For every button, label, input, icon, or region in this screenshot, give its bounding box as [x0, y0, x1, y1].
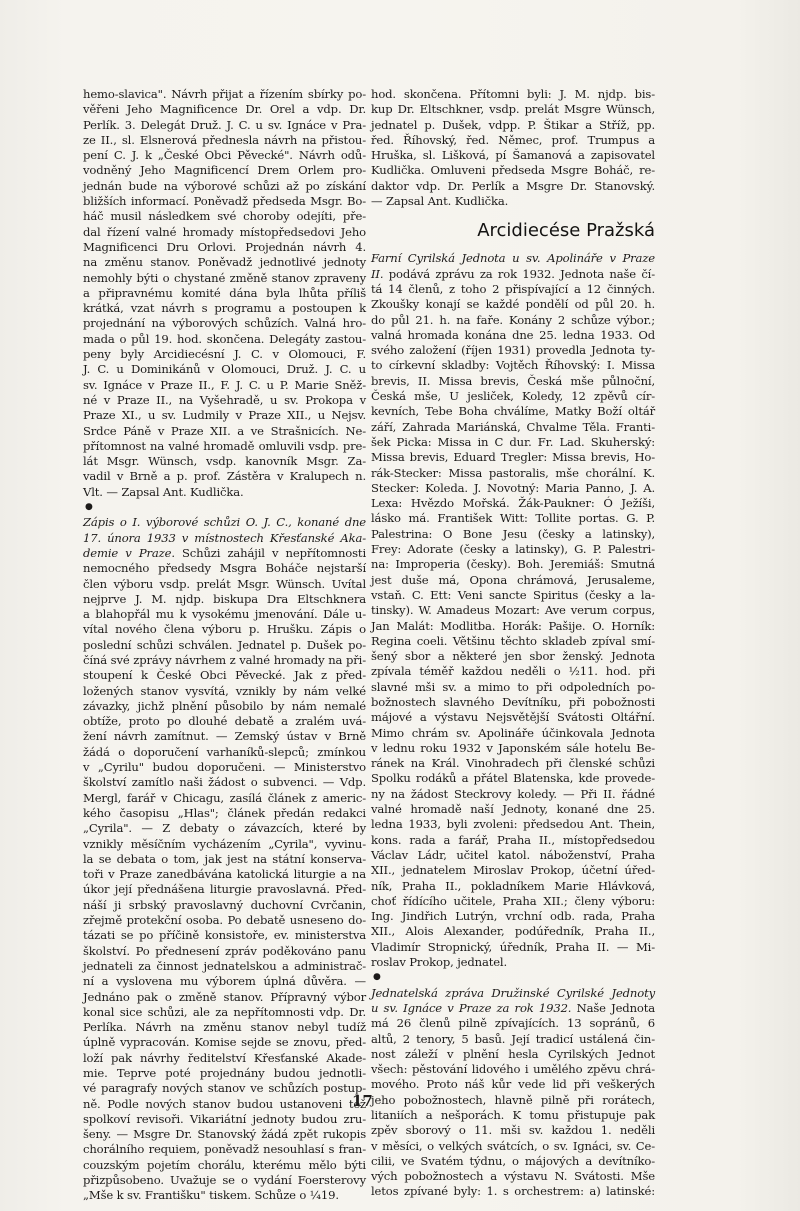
text-line: má 26 členů pilně zpívajících. 13 soprán… — [371, 1016, 655, 1031]
text-line: loží pak návrhy ředitelství Křesťanské A… — [83, 1051, 366, 1066]
text-line: na: Improperia (česky). Boh. Jeremiáš: S… — [371, 557, 655, 572]
text-line: ník, Praha II., pokladníkem Marie Hlávko… — [371, 879, 655, 894]
text-line: Jan Malát: Modlitba. Horák: Pašije. O. H… — [371, 619, 655, 634]
left-block-2: Zápis o I. výborové schůzi O. J. C., kon… — [83, 515, 366, 1203]
text-line: kons. rada a farář, Praha II., místopřed… — [371, 833, 655, 848]
text-line: vých pobožnostech a výstavu N. Svátosti.… — [371, 1169, 655, 1184]
text-line: přizpůsobeno. Uvažuje se o vydání Foerst… — [83, 1173, 366, 1188]
text-line: vodněný Jeho Magnificencí Drem Orlem pro… — [83, 163, 366, 178]
text-line: „Cyrila". — Z debaty o závazcích, které … — [83, 821, 366, 836]
text-line: svého založení (říjen 1931) provedla Jed… — [371, 343, 655, 358]
text-line: roslav Prokop, jednatel. — [371, 955, 655, 970]
text-line: krátká, vzat návrh s programu a postoupe… — [83, 301, 366, 316]
right-block-1: hod. skončena. Přítomni byli: J. M. njdp… — [371, 87, 655, 209]
text-line: poslední schůzi schválen. Jednatel p. Du… — [83, 638, 366, 653]
text-line: Farní Cyrilská Jednota u sv. Apolináře v… — [371, 251, 655, 266]
text-line: žádá o doporučení varhaníků-slepců; zmín… — [83, 745, 366, 760]
text-line: 17. února 1933 v místnostech Křesťanské … — [83, 531, 366, 546]
text-line: valné hromadě naší Jednoty, konané dne 2… — [371, 802, 655, 817]
text-line: číná své zprávy návrhem z valné hromady … — [83, 653, 366, 668]
text-line: sv. Ignáce v Praze II., F. J. C. u P. Ma… — [83, 378, 366, 393]
right-block-2: Farní Cyrilská Jednota u sv. Apolináře v… — [371, 251, 655, 970]
text-line: Ing. Jindřich Lutrýn, vrchní odb. rada, … — [371, 909, 655, 924]
text-line: mového. Proto náš kůr vede lid při veške… — [371, 1077, 655, 1092]
text-line: v měsíci, o velkých svátcích, o sv. Igná… — [371, 1139, 655, 1154]
text-line: Zápis o I. výborové schůzi O. J. C., kon… — [83, 515, 366, 530]
text-line: Hruška, sl. Lišková, pí Šamanová a zapis… — [371, 148, 655, 163]
text-line: Vlt. — Zapsal Ant. Kudlička. — [83, 485, 366, 500]
text-line: „Mše k sv. Františku" tiskem. Schůze o ¼… — [83, 1188, 366, 1203]
left-block-1: hemo-slavica". Návrh přijat a řízením sb… — [83, 87, 366, 500]
text-line: mie. Teprve poté projednány budou jednot… — [83, 1066, 366, 1081]
text-line: ledna 1933, byli zvoleni: předsedou Ant.… — [371, 817, 655, 832]
text-line: hod. skončena. Přítomni byli: J. M. njdp… — [371, 87, 655, 102]
text-line: stoupení k České Obci Pěvecké. Jak z pře… — [83, 668, 366, 683]
text-line: Jednatelská zpráva Družinské Cyrilské Je… — [371, 986, 655, 1001]
text-line: jednatel p. Dušek, vdpp. P. Štikar a Stř… — [371, 118, 655, 133]
text-line: — Zapsal Ant. Kudlička. — [371, 194, 655, 209]
text-line: altů, 2 tenory, 5 basů. Její tradicí ust… — [371, 1032, 655, 1047]
left-column: hemo-slavica". Návrh přijat a řízením sb… — [83, 87, 366, 1204]
text-line: kevních, Tebe Boha chválíme, Matky Boží … — [371, 404, 655, 419]
text-line: zřejmě protekční osoba. Po debatě usnese… — [83, 913, 366, 928]
text-line: J. C. u Dominikánů v Olomouci, Druž. J. … — [83, 362, 366, 377]
text-line: nejprve J. M. njdp. biskupa Dra Eltschkn… — [83, 592, 366, 607]
text-line: to církevní skladby: Vojtěch Říhovský: I… — [371, 358, 655, 373]
text-line: la se debata o tom, jak jest na státní k… — [83, 852, 366, 867]
text-line: ze II., sl. Elsnerová přednesla návrh na… — [83, 133, 366, 148]
text-line: litaniích a nešporách. K tomu přistupuje… — [371, 1108, 655, 1123]
text-line: Mimo chrám sv. Apolináře účinkovala Jedn… — [371, 726, 655, 741]
text-line: a blahopřál mu k vysokému jmenování. Dál… — [83, 607, 366, 622]
text-line: ny na žádost Steckrovy koledy. — Při II.… — [371, 787, 655, 802]
text-line: přítomnost na valné hromadě omluvili vsd… — [83, 439, 366, 454]
page-number: 17 — [352, 1092, 373, 1110]
text-line: né v Praze II., na Vyšehradě, u sv. Prok… — [83, 393, 366, 408]
text-line: zpívala téměř každou neděli o ½11. hod. … — [371, 664, 655, 679]
text-line: řed. Říhovský, řed. Němec, prof. Trumpus… — [371, 133, 655, 148]
text-line: Regina coeli. Většinu těchto skladeb zpí… — [371, 634, 655, 649]
text-line: září, Zahrada Mariánská, Chvalme Těla. F… — [371, 420, 655, 435]
text-line: kého časopisu „Hlas"; článek předán reda… — [83, 806, 366, 821]
text-line: školství. Po přednesení zpráv poděkováno… — [83, 944, 366, 959]
text-line: májové a výstavu Nejsvětější Svátosti Ol… — [371, 710, 655, 725]
text-line: a připravnému komité dána byla lhůta pří… — [83, 286, 366, 301]
text-line: jeho pobožnostech, hlavně pilně při rorá… — [371, 1093, 655, 1108]
text-line: Missa brevis, Eduard Tregler: Missa brev… — [371, 450, 655, 465]
text-line: Srdce Páně v Praze XII. a ve Strašnicích… — [83, 424, 366, 439]
text-line: u sv. Ignáce v Praze za rok 1932. Naše J… — [371, 1001, 655, 1016]
text-line: Palestrina: O Bone Jesu (česky a latinsk… — [371, 527, 655, 542]
text-line: cilii, ve Svatém týdnu, o májových a dev… — [371, 1154, 655, 1169]
text-line: vé paragrafy nových stanov ve schůzích p… — [83, 1081, 366, 1096]
text-line: člen výboru vsdp. prelát Msgr. Wünsch. U… — [83, 577, 366, 592]
text-line: vítal nového člena výboru p. Hrušku. Záp… — [83, 622, 366, 637]
text-line: Lexa: Hvězdo Mořská. Žák-Paukner: Ó Ježí… — [371, 496, 655, 511]
text-line: Perlíka. Návrh na změnu stanov nebyl tud… — [83, 1020, 366, 1035]
text-line: Václav Ládr, učitel katol. náboženství, … — [371, 848, 655, 863]
text-line: Perlík. 3. Delegát Druž. J. C. u sv. Ign… — [83, 118, 366, 133]
text-line: chorálního requiem, poněvadž nesouhlasí … — [83, 1142, 366, 1157]
text-line: lásko má. František Witt: Tollite portas… — [371, 511, 655, 526]
section-separator-bullet: ● — [83, 500, 366, 515]
text-line: dal řízení valné hromady místopředsedovi… — [83, 225, 366, 240]
text-line: Jednáno pak o změně stanov. Přípravný vý… — [83, 990, 366, 1005]
text-line: jednán bude na výborové schůzi až po zís… — [83, 179, 366, 194]
text-line: Frey: Adorate (česky a latinsky), G. P. … — [371, 542, 655, 557]
text-line: vznikly měsíčním vycházením „Cyrila", vy… — [83, 837, 366, 852]
text-line: do půl 21. h. na faře. Konány 2 schůze v… — [371, 313, 655, 328]
text-line: valná hromada konána dne 25. ledna 1933.… — [371, 328, 655, 343]
text-line: Vladimír Stropnický, úředník, Praha II. … — [371, 940, 655, 955]
text-line: šek Picka: Missa in C dur. Fr. Lad. Skuh… — [371, 435, 655, 450]
right-column: hod. skončena. Přítomni byli: J. M. njdp… — [371, 87, 655, 1200]
text-line: v „Cyrilu" budou doporučeni. — Ministers… — [83, 760, 366, 775]
text-line: Praze XI., u sv. Ludmily v Praze XII., u… — [83, 408, 366, 423]
text-line: Česká mše, U jesliček, Koledy, 12 zpěvů … — [371, 389, 655, 404]
text-line: XII., jednatelem Miroslav Prokop, účetní… — [371, 863, 655, 878]
text-line: v lednu roku 1932 v Japonském sále hotel… — [371, 741, 655, 756]
text-line: jednateli za činnost jednatelskou a admi… — [83, 959, 366, 974]
text-line: choť řídícího učitele, Praha XII.; členy… — [371, 894, 655, 909]
text-line: slavné mši sv. a mimo to při odpoledních… — [371, 680, 655, 695]
text-line: všech: pěstování lidového i umělého zpěv… — [371, 1062, 655, 1077]
text-line: XII., Alois Alexander, podúředník, Praha… — [371, 924, 655, 939]
text-line: hemo-slavica". Návrh přijat a řízením sb… — [83, 87, 366, 102]
text-line: couzským pojetím chorálu, kterému mělo b… — [83, 1158, 366, 1173]
text-line: lát Msgr. Wünsch, vsdp. kanovník Msgr. Z… — [83, 454, 366, 469]
text-line: nost záleží v plnění hesla Cyrilských Je… — [371, 1047, 655, 1062]
text-line: konal sice schůzi, ale za nepřítomnosti … — [83, 1005, 366, 1020]
section-separator-bullet: ● — [371, 970, 655, 985]
text-line: ní a vyslovena mu výborem úplná důvěra. … — [83, 974, 366, 989]
text-line: Spolku rodáků a přátel Blatenska, kde pr… — [371, 771, 655, 786]
text-line: obtíže, proto po dlouhé debatě a zralém … — [83, 714, 366, 729]
text-line: věřeni Jeho Magnificence Dr. Orel a vdp.… — [83, 102, 366, 117]
text-line: úkor její přednášena liturgie pravoslavn… — [83, 882, 366, 897]
text-line: žení návrh zamítnut. — Zemský ústav v Br… — [83, 729, 366, 744]
text-line: tinsky). W. Amadeus Mozart: Ave verum co… — [371, 603, 655, 618]
text-line: II. podává zprávu za rok 1932. Jednota n… — [371, 267, 655, 282]
text-line: Stecker: Koleda. J. Novotný: Maria Panno… — [371, 481, 655, 496]
text-line: školství zamítlo naši žádost o subvenci.… — [83, 775, 366, 790]
text-line: rák-Stecker: Missa pastoralis, mše chorá… — [371, 466, 655, 481]
text-line: daktor vdp. Dr. Perlík a Msgre Dr. Stano… — [371, 179, 655, 194]
text-line: peny byly Arcidiecésní J. C. v Olomouci,… — [83, 347, 366, 362]
text-line: brevis, II. Missa brevis, Česká mše půln… — [371, 374, 655, 389]
text-line: úplně vypracován. Komise sejde se znovu,… — [83, 1035, 366, 1050]
right-block-3: Jednatelská zpráva Družinské Cyrilské Je… — [371, 986, 655, 1200]
text-line: na změnu stanov. Poněvadž jednotlivé jed… — [83, 255, 366, 270]
scanned-page: hemo-slavica". Návrh přijat a řízením sb… — [0, 0, 800, 1211]
text-line: ránek na Král. Vinohradech při členské s… — [371, 756, 655, 771]
text-line: tázati se po příčině konsistoře, ev. min… — [83, 928, 366, 943]
text-line: náší ji srbský pravoslavný duchovní Cvrč… — [83, 898, 366, 913]
text-line: nemohly býti o chystané změně stanov zpr… — [83, 271, 366, 286]
text-line: ně. Podle nových stanov budou ustanoveni… — [83, 1097, 366, 1112]
section-heading: Arcidiecése Pražská — [371, 219, 655, 243]
text-line: jest duše má, Opona chrámová, Jerusaleme… — [371, 573, 655, 588]
text-line: závazky, jichž plnění působilo by nám ne… — [83, 699, 366, 714]
text-line: Kudlička. Omluveni předseda Msgre Boháč,… — [371, 163, 655, 178]
text-line: letos zpívané byly: 1. s orchestrem: a) … — [371, 1184, 655, 1199]
text-line: háč musil následkem své choroby odejíti,… — [83, 209, 366, 224]
text-line: nemocného předsedy Msgra Boháče nejstarš… — [83, 561, 366, 576]
text-line: Zkoušky konají se každé pondělí od půl 2… — [371, 297, 655, 312]
text-line: mada o půl 19. hod. skončena. Delegáty z… — [83, 332, 366, 347]
text-line: tá 14 členů, z toho 2 přispívající a 12 … — [371, 282, 655, 297]
text-line: božnostech slavného Devítníku, při pobož… — [371, 695, 655, 710]
text-line: projednání na výborových schůzích. Valná… — [83, 316, 366, 331]
text-line: toři v Praze zanedbávána katolická litur… — [83, 867, 366, 882]
text-line: šený sbor a některé jen sbor ženský. Jed… — [371, 649, 655, 664]
text-line: ložených stanov vysvítá, vznikly by nám … — [83, 684, 366, 699]
text-line: pení C. J. k „České Obci Pěvecké". Návrh… — [83, 148, 366, 163]
text-line: šeny. — Msgre Dr. Stanovský žádá zpět ru… — [83, 1127, 366, 1142]
text-line: bližších informací. Poněvadž předseda Ms… — [83, 194, 366, 209]
text-line: Magnificenci Dru Orlovi. Projednán návrh… — [83, 240, 366, 255]
text-line: vadil v Brně a p. prof. Zástěra v Kralup… — [83, 469, 366, 484]
text-line: Mergl, farář v Chicagu, zasílá článek z … — [83, 791, 366, 806]
text-line: demie v Praze. Schůzi zahájil v nepřítom… — [83, 546, 366, 561]
text-line: vstaň. C. Ett: Veni sancte Spiritus (čes… — [371, 588, 655, 603]
text-line: kup Dr. Eltschkner, vsdp. prelát Msgre W… — [371, 102, 655, 117]
text-line: zpěv sborový o 11. mši sv. každou 1. ned… — [371, 1123, 655, 1138]
text-line: spolkoví revisoři. Vikariátní jednoty bu… — [83, 1112, 366, 1127]
